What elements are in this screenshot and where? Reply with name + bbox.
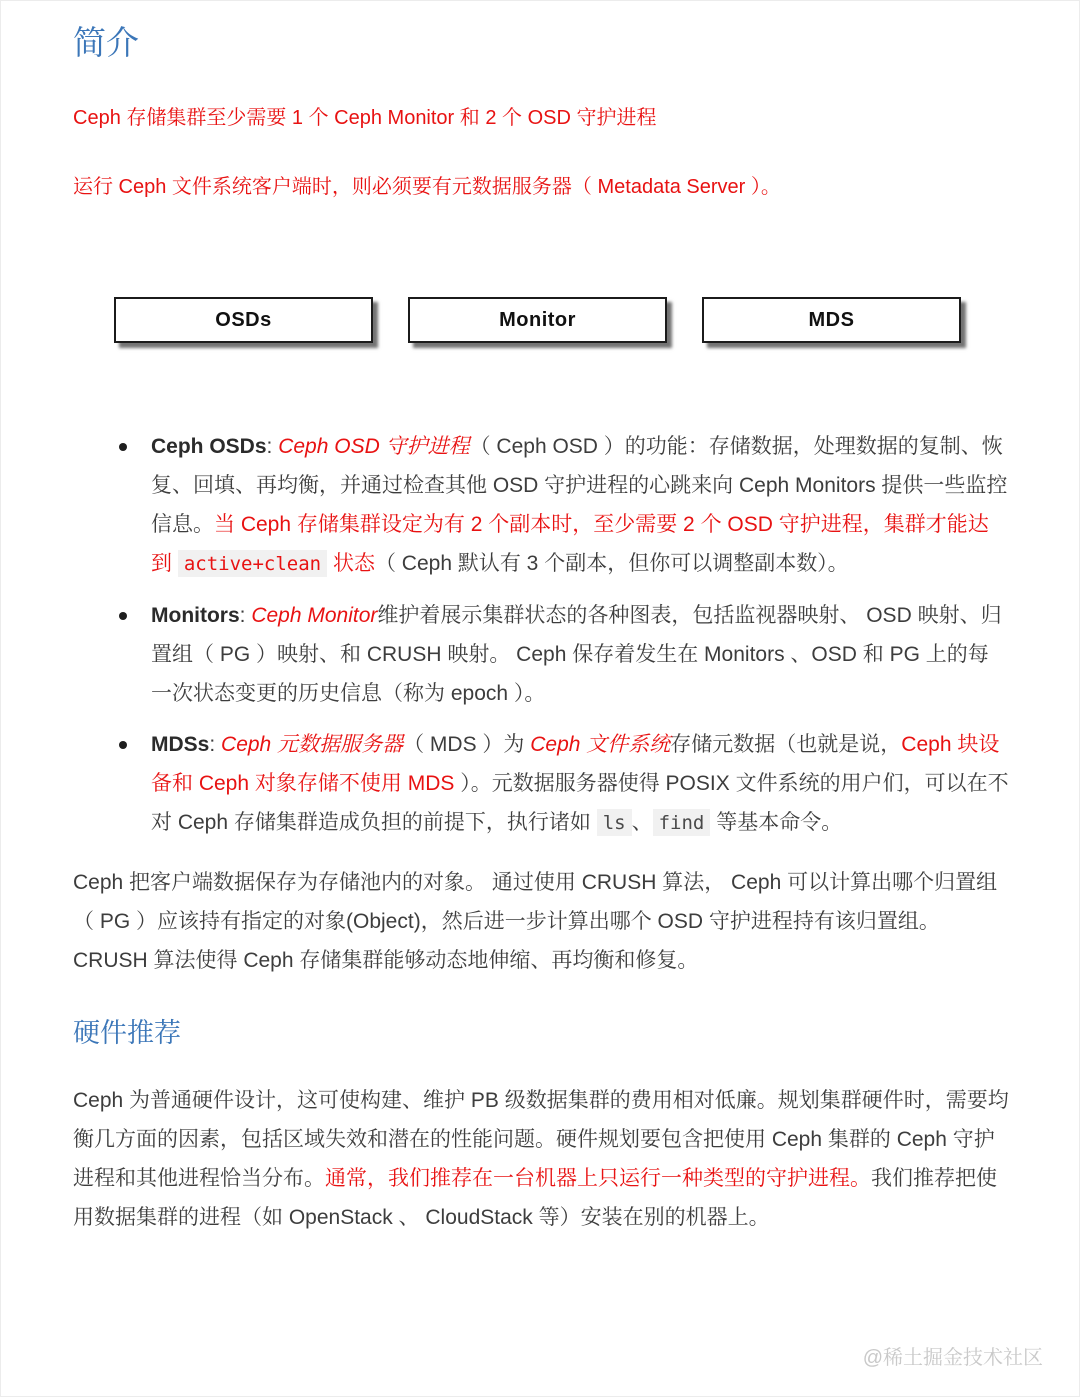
paragraph-crush: Ceph 把客户端数据保存为存储池内的对象。 通过使用 CRUSH 算法， Ce… xyxy=(73,863,1009,980)
document-page: { "colors": { "heading_blue": "#3b76b8",… xyxy=(0,0,1080,1397)
diagram-box-osds: OSDs xyxy=(114,297,373,343)
lead-paragraph-2: 运行 Ceph 文件系统客户端时，则必须要有元数据服务器（ Metadata S… xyxy=(73,173,1009,201)
paragraph-hardware: Ceph 为普通硬件设计，这可使构建、维护 PB 级数据集群的费用相对低廉。规划… xyxy=(73,1081,1009,1237)
diagram-box-mds: MDS xyxy=(702,297,961,343)
text-segment: : xyxy=(267,435,279,458)
list-item-mdss: MDSs: Ceph 元数据服务器（ MDS ）为 Ceph 文件系统存储元数据… xyxy=(73,725,1009,843)
component-definition-list: Ceph OSDs: Ceph OSD 守护进程（ Ceph OSD ）的功能：… xyxy=(73,427,1009,843)
text-segment: 等基本命令。 xyxy=(710,811,842,834)
inline-code-active-clean: active+clean xyxy=(178,550,327,577)
text-segment: 存储元数据（也就是说， xyxy=(670,733,901,756)
term-emphasis: Ceph OSD 守护进程 xyxy=(278,435,469,458)
text-segment: : xyxy=(209,733,221,756)
component-diagram: OSDs Monitor MDS xyxy=(114,297,961,343)
inline-code-find: find xyxy=(653,809,711,836)
watermark: @稀土掘金技术社区 xyxy=(863,1341,1043,1370)
red-note: 通常，我们推荐在一台机器上只运行一种类型的守护进程。 xyxy=(325,1167,871,1190)
list-item-ceph-osds: Ceph OSDs: Ceph OSD 守护进程（ Ceph OSD ）的功能：… xyxy=(73,427,1009,584)
section-title-hardware: 硬件推荐 xyxy=(73,1016,1009,1051)
text-segment: （ Ceph 默认有 3 个副本，但你可以调整副本数）。 xyxy=(375,552,849,575)
red-note: 状态 xyxy=(327,552,375,575)
term-emphasis: Ceph 文件系统 xyxy=(530,733,670,756)
text-segment: （ MDS ）为 xyxy=(403,733,530,756)
section-title-intro: 简介 xyxy=(73,25,1009,63)
text-segment: : xyxy=(240,604,252,627)
text-segment: 、 xyxy=(632,811,653,834)
article-content: 简介 Ceph 存储集群至少需要 1 个 Ceph Monitor 和 2 个 … xyxy=(1,1,1079,1237)
term-emphasis: Ceph 元数据服务器 xyxy=(221,733,403,756)
inline-code-ls: ls xyxy=(597,809,632,836)
term-label: MDSs xyxy=(151,733,209,756)
term-label: Monitors xyxy=(151,604,240,627)
lead-paragraph-1: Ceph 存储集群至少需要 1 个 Ceph Monitor 和 2 个 OSD… xyxy=(73,104,1009,132)
term-label: Ceph OSDs xyxy=(151,435,267,458)
term-emphasis: Ceph Monitor xyxy=(251,604,377,627)
diagram-box-monitor: Monitor xyxy=(408,297,667,343)
list-item-monitors: Monitors: Ceph Monitor维护着展示集群状态的各种图表，包括监… xyxy=(73,596,1009,713)
